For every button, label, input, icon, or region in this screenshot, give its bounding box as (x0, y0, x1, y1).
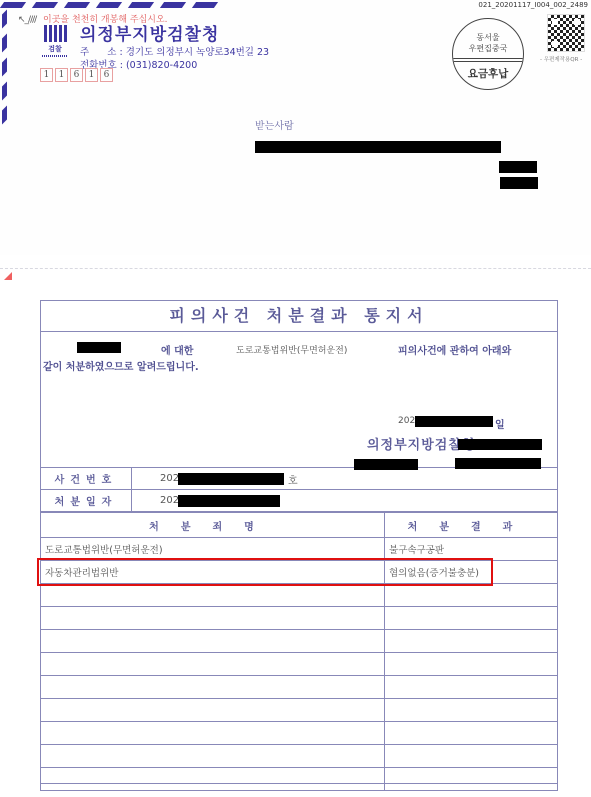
intro-line2: 같이 처분하였으므로 알려드립니다. (43, 358, 199, 373)
charge-cell (41, 653, 385, 676)
result-cell (385, 676, 558, 699)
redacted-recipient-address (255, 141, 501, 153)
table-row (41, 768, 558, 791)
qr-label: - 우편제작용QR - (540, 55, 582, 63)
redacted-disposition-date (178, 495, 280, 507)
postal-code: 1 1 6 1 6 (40, 68, 113, 82)
charge-cell (41, 745, 385, 768)
results-table: 처분죄명 처분결과 도로교통법위반(무면허운전)불구속구공판자동차관리법위반혐의… (40, 512, 558, 791)
redacted-case-number (178, 473, 284, 485)
table-row (41, 676, 558, 699)
intro-offense: 도로교통법위반(무면허운전) (236, 343, 347, 356)
open-arrow-icon: ↖_//// (18, 15, 36, 25)
highlight-box (37, 558, 493, 586)
results-header: 처분죄명 처분결과 (41, 513, 558, 538)
notice-title: 피의사건 처분결과 통지서 (41, 301, 557, 332)
case-number-row: 사건번호 202 호 (41, 468, 558, 490)
recipient-label: 받는사람 (255, 117, 294, 132)
redacted-notice-date (415, 416, 493, 427)
charge-cell (41, 676, 385, 699)
fold-marker-icon (4, 272, 12, 280)
qr-code-icon (547, 14, 585, 52)
intro-regarding: 에 대한 (161, 342, 193, 357)
table-row (41, 607, 558, 630)
case-number-value: 202 호 (132, 468, 558, 490)
result-cell (385, 745, 558, 768)
redacted-recipient-extra (500, 177, 538, 189)
intro-suffix: 피의사건에 관하여 아래와 (398, 342, 511, 357)
result-cell (385, 699, 558, 722)
table-row (41, 745, 558, 768)
disposition-date-label: 처분일자 (41, 490, 132, 512)
envelope: ↖_//// 이곳을 천천히 개봉해 주십시오. 검찰 의정부지방검찰청 주 소… (0, 0, 591, 255)
disposition-notice-form: 피의사건 처분결과 통지서 에 대한 도로교통법위반(무면허운전) 피의사건에 … (40, 300, 558, 784)
table-row (41, 699, 558, 722)
logo-bars-icon (42, 25, 68, 42)
redacted-seal (458, 439, 542, 450)
disposition-date-value: 202 (132, 490, 558, 512)
airmail-stripe-left (0, 0, 10, 125)
logo-text: 검찰 (42, 44, 68, 54)
charge-cell (41, 768, 385, 791)
charge-cell (41, 607, 385, 630)
notice-date-prefix: 202 (398, 416, 415, 426)
redacted-suspect-name (77, 342, 121, 353)
result-cell (385, 630, 558, 653)
sender-name: 의정부지방검찰청 (80, 20, 219, 45)
result-cell (385, 584, 558, 607)
notice-date-suffix: 일 (495, 416, 505, 431)
postmark-stamp: 동서울 우편집중국 요금후납 (452, 18, 524, 90)
prosecution-logo: 검찰 (42, 25, 68, 57)
result-cell (385, 768, 558, 791)
charge-cell (41, 722, 385, 745)
case-number-label: 사건번호 (41, 468, 132, 490)
charge-cell (41, 630, 385, 653)
charge-cell (41, 584, 385, 607)
charge-cell (41, 699, 385, 722)
redacted-recipient-name (499, 161, 537, 173)
disposition-date-row: 처분일자 202 (41, 490, 558, 512)
document-code: 021_20201117_I004_002_2489 (478, 1, 588, 9)
case-info-table: 사건번호 202 호 처분일자 202 (40, 467, 558, 512)
table-row (41, 653, 558, 676)
sender-address: 주 소 : 경기도 의정부시 녹양로34번길 23 (80, 44, 269, 58)
fold-line (0, 268, 591, 269)
result-cell (385, 607, 558, 630)
airmail-stripe-top (0, 0, 230, 10)
table-row (41, 630, 558, 653)
header-charge: 처분죄명 (41, 513, 385, 538)
result-cell (385, 653, 558, 676)
table-row (41, 722, 558, 745)
result-cell (385, 722, 558, 745)
header-result: 처분결과 (385, 513, 558, 538)
table-row (41, 584, 558, 607)
